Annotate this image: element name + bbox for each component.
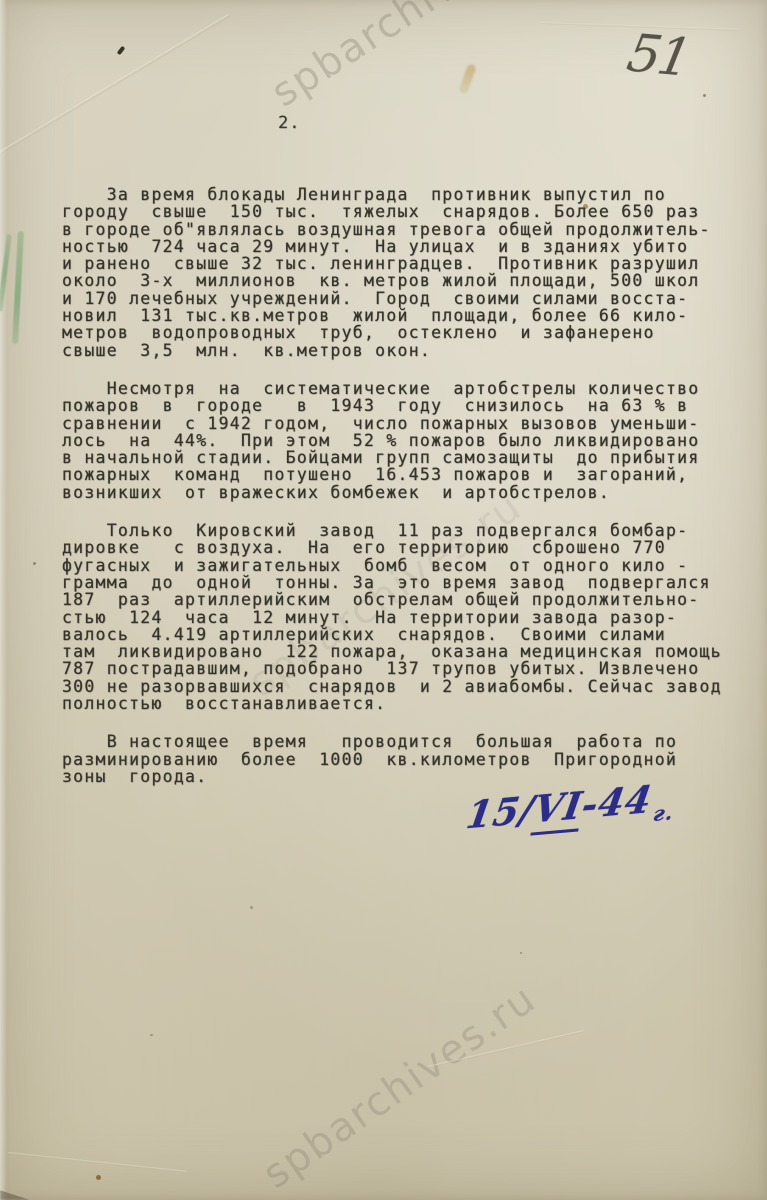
watermark-text: spbarchives.ru: [255, 976, 545, 1198]
paper-edge-highlight: [0, 0, 7, 1200]
paper-speck: [33, 562, 36, 565]
paragraph-fire-statistics: Несмотря на систематические артобстрелы …: [62, 380, 734, 501]
paper-speck: [703, 94, 706, 97]
date-year: -44: [579, 777, 656, 828]
watermark-top: spbarchives.ru: [263, 0, 558, 116]
paper-speck: [117, 46, 126, 56]
paper-speck: [150, 1034, 153, 1036]
document-page: spbarchives.ru spbarchives.ru spbarchive…: [0, 0, 767, 1200]
paper-crease: [8, 1152, 187, 1173]
green-pencil-margin-mark: [12, 231, 24, 344]
paper-crease: [0, 14, 230, 171]
paper-stain: [458, 63, 477, 94]
paragraph-kirov-plant: Только Кировский завод 11 раз подвергалс…: [62, 522, 734, 712]
date-year-suffix: г.: [652, 800, 676, 826]
page-number: 2.: [278, 113, 300, 133]
date-month-roman: VI: [530, 783, 586, 836]
paper-speck: [96, 1175, 101, 1180]
handwritten-folio-number: 51: [622, 24, 693, 88]
paper-speck: [520, 952, 522, 954]
typewritten-text: За время блокады Ленинграда противник вы…: [62, 186, 734, 806]
date-day-slash: 15/: [463, 787, 538, 838]
paper-speck: [250, 906, 253, 909]
watermark-bottom: spbarchives.ru: [255, 976, 545, 1198]
watermark-text: spbarchives.ru: [263, 0, 558, 116]
paragraph-blockade-statistics: За время блокады Ленинграда противник вы…: [62, 186, 734, 359]
